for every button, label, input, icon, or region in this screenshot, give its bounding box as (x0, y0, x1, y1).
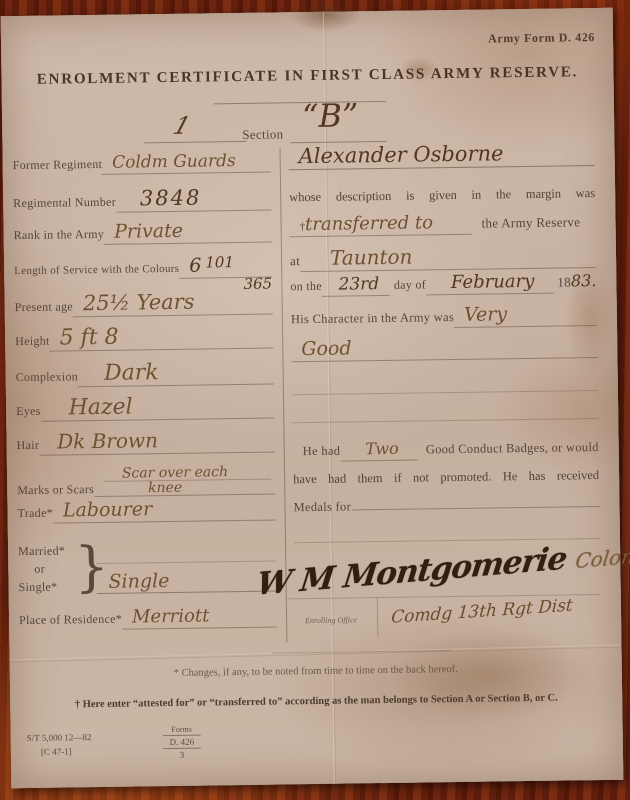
field-label: Length of Service with the Colours (14, 263, 179, 277)
footnote-separator-rule (272, 650, 452, 654)
printer-code-line1: S/T 5,000 12—82 (27, 732, 92, 743)
field-complexion: Complexion Dark (15, 361, 273, 389)
medals-row: Medals for (293, 496, 599, 515)
footnote-star: * Changes, if any, to be noted from time… (10, 662, 622, 682)
crease (10, 644, 622, 662)
blank-rule (292, 390, 598, 395)
service-whole-handwritten: 6 (189, 257, 201, 276)
badges-pre: He had (293, 444, 341, 460)
field-length-of-service: Length of Service with the Colours 6 101… (14, 255, 272, 282)
date-row: on the 23rd day of February 18 83. (290, 272, 596, 297)
character-value1-handwritten: Very (464, 305, 507, 325)
field-value-handwritten: 25½ Years (83, 292, 195, 315)
badges-line2-text: have had them if not promoted. He has re… (293, 468, 599, 487)
curly-brace: } (74, 535, 109, 598)
signature-name: W M Montgomerie (255, 540, 569, 602)
day-of-label: day of (390, 277, 426, 293)
field-label: Former Regiment (13, 157, 103, 173)
printer-code-line2: [C 47-1] (27, 746, 72, 757)
field-label: Regimental Number (13, 195, 116, 211)
certificate-paper: Army Form D. 426 ENROLMENT CERTIFICATE I… (1, 8, 624, 788)
marks-line2-handwritten: knee (104, 480, 271, 496)
married-blank-underline (96, 561, 276, 565)
field-value-handwritten: Hazel (51, 397, 133, 420)
enrolling-value-handwritten: Comdg 13th Rgt Dist (391, 598, 574, 627)
field-value-handwritten: 3848 (126, 188, 202, 210)
year-printed: 18 (553, 274, 571, 290)
field-label: Rank in the Army (14, 227, 105, 243)
stain (290, 0, 360, 32)
recruit-name-row: Alexander Osborne (288, 142, 594, 170)
description-text: whose description is given in the margin… (289, 186, 595, 205)
field-eyes: Eyes Hazel (16, 395, 274, 423)
married-label: Married* (18, 543, 65, 559)
day-value-handwritten: 23rd (338, 276, 379, 294)
forms-number: D. 426 (169, 737, 194, 747)
badges-row: He had Two Good Conduct Badges, or would (293, 438, 599, 462)
or-label: or (34, 562, 45, 577)
field-label: Complexion (16, 369, 79, 385)
badges-value-handwritten: Two (365, 441, 399, 457)
printer-code: S/T 5,000 12—82 [C 47-1] (27, 731, 92, 759)
photo-of-document: Army Form D. 426 ENROLMENT CERTIFICATE I… (0, 0, 630, 800)
signature-rank: Colonel (574, 542, 630, 573)
field-value-handwritten: Merriott (132, 607, 210, 626)
footnote-dagger: † Here enter “attested for” or “transfer… (10, 692, 622, 712)
field-label: Marks or Scars (17, 482, 94, 498)
badges-row-2: have had them if not promoted. He has re… (293, 468, 599, 487)
field-rank: Rank in the Army Private (14, 221, 272, 247)
field-married-or-single: Married* or Single* } Single (18, 541, 277, 607)
field-label: Hair (17, 438, 40, 453)
at-row: at Taunton (290, 244, 596, 272)
field-hair: Hair Dk Brown (16, 429, 274, 457)
enrolling-cell-divider (377, 597, 379, 637)
section-value-handwritten: “B” (302, 99, 359, 132)
section-prefix-handwritten: 1 (170, 114, 193, 138)
badges-post: Good Conduct Badges, or would (418, 440, 599, 458)
field-value-handwritten: 5 ft 8 (59, 327, 118, 350)
field-value-handwritten: Labourer (63, 500, 152, 520)
field-label: Present age (15, 299, 73, 315)
transfer-value-handwritten: transferred to (305, 214, 433, 234)
description-line: whose description is given in the margin… (289, 186, 595, 205)
recruit-name-handwritten: Alexander Osborne (298, 143, 503, 167)
character-row: His Character in the Army was Very (291, 304, 597, 330)
field-height: Height 5 ft 8 (15, 325, 273, 353)
rule-above-section (214, 101, 386, 104)
form-number: Army Form D. 426 (488, 30, 595, 46)
field-marks-or-scars: Marks or Scars Scar over each knee (17, 465, 275, 499)
transfer-row: †transferred to the Army Reserve (289, 212, 595, 237)
section-label: Section (242, 126, 283, 143)
field-label: Place of Residence* (19, 612, 122, 628)
enrolling-officer-signature: W M Montgomerie Colonel (255, 533, 630, 603)
service-numerator-handwritten: 101 (205, 255, 234, 270)
enrolling-office-caption: Enrolling Office (305, 615, 357, 625)
at-label: at (290, 253, 300, 269)
field-label: Height (15, 334, 50, 349)
field-label: Trade* (17, 506, 53, 521)
on-the-label: on the (290, 279, 322, 294)
forms-reference: Forms D. 426 3 (157, 724, 207, 761)
army-reserve-text: the Army Reserve (471, 214, 580, 232)
field-value-handwritten: Coldm Guards (112, 153, 236, 172)
single-label: Single* (19, 580, 58, 596)
field-label: Eyes (16, 404, 41, 419)
field-value-handwritten: Private (114, 222, 183, 242)
field-place-of-residence: Place of Residence* Merriott (19, 607, 277, 632)
at-value-handwritten: Taunton (310, 247, 413, 268)
field-former-regiment: Former Regiment Coldm Guards (13, 153, 271, 177)
month-value-handwritten: February (451, 273, 535, 292)
field-value-handwritten: Dk Brown (49, 430, 158, 452)
field-regimental-number: Regimental Number 3848 (13, 187, 271, 215)
field-present-age: Present age 25½ Years (15, 291, 273, 319)
character-value2-handwritten: Good (301, 339, 351, 359)
medals-label: Medals for (293, 499, 351, 515)
year-value-handwritten: 83. (571, 273, 597, 289)
forms-label: Forms (171, 725, 192, 734)
blank-rule (292, 418, 598, 423)
forms-denominator: 3 (180, 750, 185, 760)
page-title: ENROLMENT CERTIFICATE IN FIRST CLASS ARM… (1, 64, 613, 90)
section-prefix-underline (144, 141, 246, 143)
character-label: His Character in the Army was (291, 310, 454, 327)
single-value-handwritten: Single (108, 572, 169, 592)
field-value-handwritten: Dark (88, 362, 159, 385)
field-trade: Trade* Labourer (17, 499, 275, 525)
character-row-2: Good (291, 336, 597, 362)
